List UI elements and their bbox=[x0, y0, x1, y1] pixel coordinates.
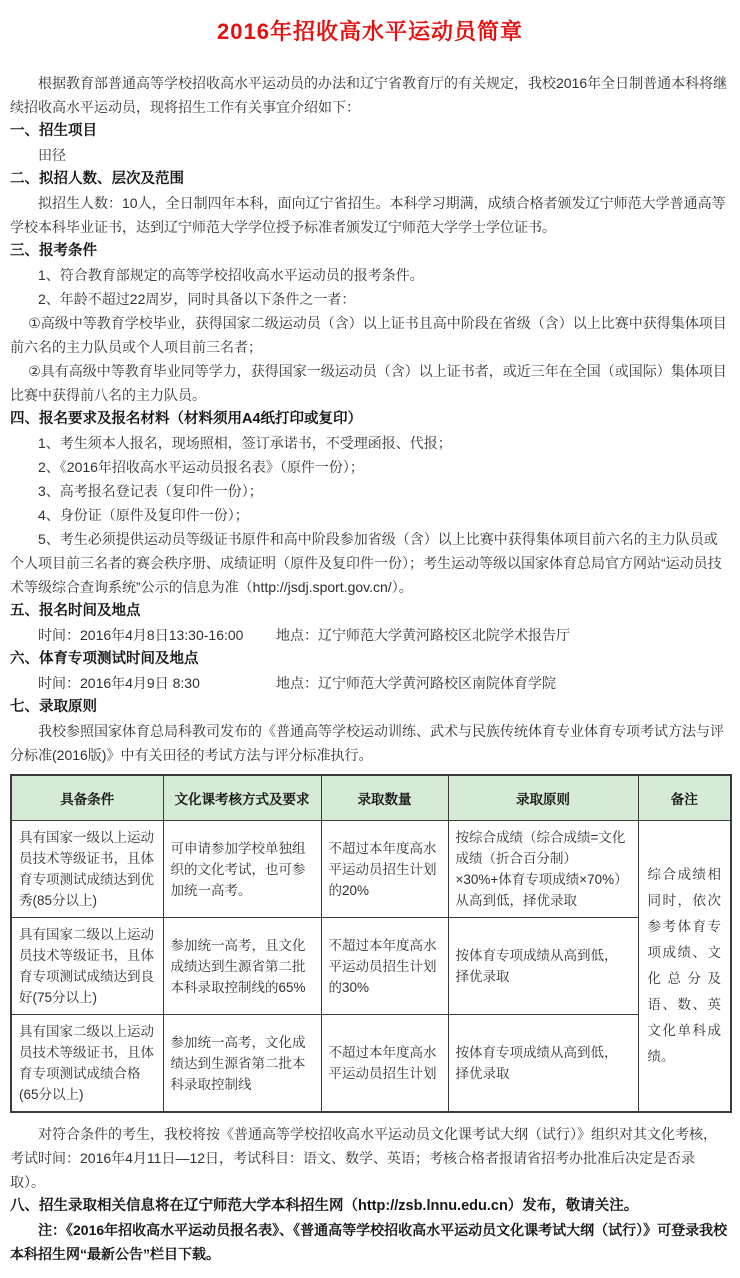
table-cell: 参加统一高考，文化成绩达到生源省第二批本科录取控制线 bbox=[163, 1015, 321, 1113]
header-cell-remark: 备注 bbox=[638, 775, 731, 821]
section-8-heading: 八、招生录取相关信息将在辽宁师范大学本科招生网（http://zsb.lnnu.… bbox=[10, 1194, 730, 1218]
table-cell: 不超过本年度高水平运动员招生计划 bbox=[321, 1015, 448, 1113]
header-cell-quota: 录取数量 bbox=[321, 775, 448, 821]
section-2-heading: 二、拟招人数、层次及范围 bbox=[10, 167, 730, 191]
section-3-heading: 三、报考条件 bbox=[10, 239, 730, 263]
remark-cell: 综合成绩相同时，依次参考体育专项成绩、文化总分及语、数、英文化单科成绩。 bbox=[638, 821, 731, 1113]
table-cell: 按综合成绩（综合成绩=文化成绩（折合百分制）×30%+体育专项成绩×70%）从高… bbox=[448, 821, 638, 918]
section-4-heading: 四、报名要求及报名材料（材料须用A4纸打印或复印） bbox=[10, 407, 730, 431]
section-3-item: 2、年龄不超过22周岁，同时具备以下条件之一者： bbox=[10, 287, 730, 311]
table-cell: 按体育专项成绩从高到低，择优录取 bbox=[448, 1015, 638, 1113]
section-5-time-place: 时间：2016年4月8日13:30-16:00地点：辽宁师范大学黄河路校区北院学… bbox=[10, 623, 730, 647]
table-cell: 可申请参加学校单独组织的文化考试，也可参加统一高考。 bbox=[163, 821, 321, 918]
section-4-item: 2、《2016年招收高水平运动员报名表》（原件一份）； bbox=[10, 455, 730, 479]
header-cell-principle: 录取原则 bbox=[448, 775, 638, 821]
registration-place: 地点：辽宁师范大学黄河路校区北院学术报告厅 bbox=[276, 627, 570, 643]
section-1-heading: 一、招生项目 bbox=[10, 119, 730, 143]
section-5-heading: 五、报名时间及地点 bbox=[10, 599, 730, 623]
note-paragraph: 注：《2016年招收高水平运动员报名表》、《普通高等学校招收高水平运动员文化课考… bbox=[10, 1218, 730, 1266]
section-3-item: ①高级中等教育学校毕业，获得国家二级运动员（含）以上证书且高中阶段在省级（含）以… bbox=[10, 311, 730, 359]
page-title: 2016年招收高水平运动员简章 bbox=[10, 17, 730, 47]
section-4-item: 4、身份证（原件及复印件一份）； bbox=[10, 503, 730, 527]
header-cell-culture-exam: 文化课考核方式及要求 bbox=[163, 775, 321, 821]
table-cell: 按体育专项成绩从高到低，择优录取 bbox=[448, 918, 638, 1015]
test-time: 时间：2016年4月9日 8:30 bbox=[38, 671, 276, 695]
after-table-paragraph: 对符合条件的考生，我校将按《普通高等学校招收高水平运动员文化课考试大纲（试行）》… bbox=[10, 1122, 730, 1194]
admission-rules-table: 具备条件 文化课考核方式及要求 录取数量 录取原则 备注 具有国家一级以上运动员… bbox=[10, 774, 732, 1113]
section-7-heading: 七、录取原则 bbox=[10, 695, 730, 719]
table-cell: 参加统一高考，且文化成绩达到生源省第二批本科录取控制线的65% bbox=[163, 918, 321, 1015]
section-4-item: 1、考生须本人报名，现场照相，签订承诺书，不受理函报、代报； bbox=[10, 431, 730, 455]
table-header-row: 具备条件 文化课考核方式及要求 录取数量 录取原则 备注 bbox=[11, 775, 731, 821]
table-cell: 具有国家二级以上运动员技术等级证书，且体育专项测试成绩合格(65分以上) bbox=[11, 1015, 163, 1113]
table-row: 具有国家二级以上运动员技术等级证书，且体育专项测试成绩合格(65分以上) 参加统… bbox=[11, 1015, 731, 1113]
table-cell: 不超过本年度高水平运动员招生计划的20% bbox=[321, 821, 448, 918]
section-4-item: 5、考生必须提供运动员等级证书原件和高中阶段参加省级（含）以上比赛中获得集体项目… bbox=[10, 527, 730, 599]
section-6-heading: 六、体育专项测试时间及地点 bbox=[10, 647, 730, 671]
section-1-body: 田径 bbox=[10, 143, 730, 167]
section-4-item: 3、高考报名登记表（复印件一份）； bbox=[10, 479, 730, 503]
header-cell-conditions: 具备条件 bbox=[11, 775, 163, 821]
table-cell: 不超过本年度高水平运动员招生计划的30% bbox=[321, 918, 448, 1015]
section-2-body: 拟招生人数：10人，全日制四年本科，面向辽宁省招生。本科学习期满，成绩合格者颁发… bbox=[10, 191, 730, 239]
table-cell: 具有国家二级以上运动员技术等级证书，且体育专项测试成绩达到良好(75分以上) bbox=[11, 918, 163, 1015]
section-7-body: 我校参照国家体育总局科教司发布的《普通高等学校运动训练、武术与民族传统体育专业体… bbox=[10, 719, 730, 767]
announcement-page: 2016年招收高水平运动员简章 根据教育部普通高等学校招收高水平运动员的办法和辽… bbox=[0, 0, 740, 1278]
test-place: 地点：辽宁师范大学黄河路校区南院体育学院 bbox=[276, 675, 556, 691]
registration-time: 时间：2016年4月8日13:30-16:00 bbox=[38, 623, 276, 647]
section-3-item: 1、符合教育部规定的高等学校招收高水平运动员的报考条件。 bbox=[10, 263, 730, 287]
table-cell: 具有国家一级以上运动员技术等级证书，且体育专项测试成绩达到优秀(85分以上) bbox=[11, 821, 163, 918]
section-6-time-place: 时间：2016年4月9日 8:30地点：辽宁师范大学黄河路校区南院体育学院 bbox=[10, 671, 730, 695]
table-row: 具有国家二级以上运动员技术等级证书，且体育专项测试成绩达到良好(75分以上) 参… bbox=[11, 918, 731, 1015]
section-3-item: ②具有高级中等教育毕业同等学力，获得国家一级运动员（含）以上证书者，或近三年在全… bbox=[10, 359, 730, 407]
intro-paragraph: 根据教育部普通高等学校招收高水平运动员的办法和辽宁省教育厅的有关规定，我校201… bbox=[10, 71, 730, 119]
table-row: 具有国家一级以上运动员技术等级证书，且体育专项测试成绩达到优秀(85分以上) 可… bbox=[11, 821, 731, 918]
